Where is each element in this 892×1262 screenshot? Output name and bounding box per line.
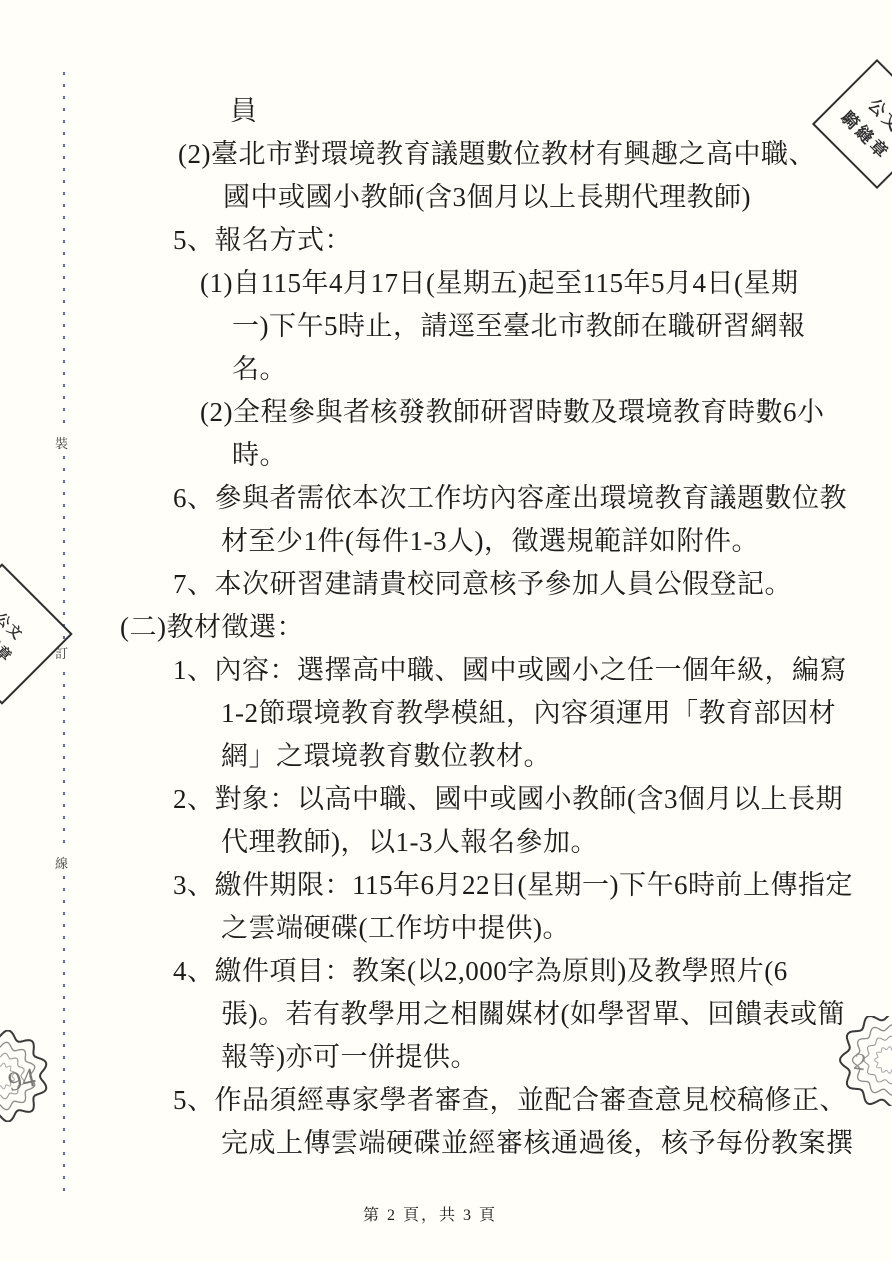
binding-dot bbox=[63, 528, 65, 531]
binding-line-char: 裝 bbox=[55, 437, 68, 450]
binding-dot bbox=[63, 612, 65, 615]
document-text-line: 1、內容：選擇高中職、國中或國小之任一個年級，編寫 bbox=[173, 657, 847, 684]
binding-dot bbox=[63, 924, 65, 927]
binding-dot bbox=[63, 1092, 65, 1095]
seal-contour bbox=[864, 1036, 892, 1084]
binding-dot bbox=[63, 264, 65, 267]
binding-dot bbox=[63, 600, 65, 603]
document-text-line: 2、對象：以高中職、國中或國小教師(含3個月以上長期 bbox=[173, 786, 843, 813]
binding-dot bbox=[63, 540, 65, 543]
seal-contour bbox=[875, 1047, 892, 1074]
binding-dot bbox=[63, 72, 65, 75]
binding-line-char: 訂 bbox=[55, 647, 68, 660]
binding-dot bbox=[63, 156, 65, 159]
binding-dot bbox=[63, 1056, 65, 1059]
binding-dot bbox=[63, 576, 65, 579]
binding-dot bbox=[63, 108, 65, 111]
binding-dot bbox=[63, 804, 65, 807]
binding-dot bbox=[63, 276, 65, 279]
binding-dot bbox=[63, 816, 65, 819]
binding-dot bbox=[63, 1188, 65, 1191]
embossed-seal-bottom-left: 94 bbox=[0, 1030, 60, 1122]
binding-dot bbox=[63, 948, 65, 951]
binding-dot bbox=[63, 168, 65, 171]
binding-dot bbox=[63, 972, 65, 975]
binding-dot bbox=[63, 1152, 65, 1155]
binding-dot bbox=[63, 936, 65, 939]
binding-line-char: 線 bbox=[55, 857, 68, 870]
binding-dot bbox=[63, 252, 65, 255]
seam-stamp-top-right: 公文 騎縫章 bbox=[812, 59, 892, 189]
binding-dot bbox=[63, 696, 65, 699]
document-text-line: 張)。若有教學用之相關媒材(如學習單、回饋表或簡 bbox=[221, 1001, 845, 1028]
binding-dot bbox=[63, 996, 65, 999]
document-text-line: 網」之環境教育數位教材。 bbox=[221, 743, 551, 770]
binding-dot bbox=[63, 228, 65, 231]
document-text-line: 員 bbox=[230, 98, 258, 125]
document-text-line: 5、報名方式： bbox=[173, 227, 352, 254]
binding-dot bbox=[63, 672, 65, 675]
binding-dot bbox=[63, 312, 65, 315]
binding-dot bbox=[63, 324, 65, 327]
seam-stamp-text: 公文 騎縫章 bbox=[0, 602, 34, 666]
binding-dot bbox=[63, 96, 65, 99]
binding-dot bbox=[63, 684, 65, 687]
binding-dot bbox=[63, 348, 65, 351]
binding-dot bbox=[63, 732, 65, 735]
document-text-line: 7、本次研習建請貴校同意核予參加人員公假登記。 bbox=[173, 571, 792, 598]
binding-dot bbox=[63, 960, 65, 963]
binding-dot bbox=[63, 984, 65, 987]
document-text-line: 3、繳件期限：115年6月22日(星期一)下午6時前上傳指定 bbox=[173, 872, 853, 899]
document-text-line: 一)下午5時止，請逕至臺北市教師在職研習網報 bbox=[232, 313, 806, 340]
binding-dot bbox=[63, 768, 65, 771]
binding-dot bbox=[63, 396, 65, 399]
binding-dot bbox=[63, 1176, 65, 1179]
binding-dot bbox=[63, 84, 65, 87]
binding-dot bbox=[63, 1008, 65, 1011]
embossed-seal-bottom-right: 2 bbox=[832, 1016, 892, 1106]
binding-dot bbox=[63, 1116, 65, 1119]
binding-dot bbox=[63, 192, 65, 195]
binding-dot bbox=[63, 720, 65, 723]
binding-dot bbox=[63, 552, 65, 555]
binding-dot bbox=[63, 468, 65, 471]
binding-dot bbox=[63, 240, 65, 243]
binding-dot bbox=[63, 480, 65, 483]
binding-dot bbox=[63, 564, 65, 567]
page-number-footer: 第 2 頁，共 3 頁 bbox=[0, 1202, 860, 1225]
binding-dot bbox=[63, 408, 65, 411]
binding-dot bbox=[63, 372, 65, 375]
binding-dot bbox=[63, 360, 65, 363]
binding-dot bbox=[63, 840, 65, 843]
document-text-line: 時。 bbox=[232, 442, 287, 469]
binding-dot bbox=[63, 1032, 65, 1035]
binding-dot bbox=[63, 1140, 65, 1143]
document-text-line: 材至少1件(每件1-3人)，徵選規範詳如附件。 bbox=[221, 528, 759, 555]
binding-dot bbox=[63, 492, 65, 495]
binding-dot bbox=[63, 792, 65, 795]
binding-dot bbox=[63, 384, 65, 387]
binding-dot bbox=[63, 900, 65, 903]
binding-dot bbox=[63, 588, 65, 591]
binding-dot bbox=[63, 456, 65, 459]
seal-number: 2 bbox=[852, 1049, 868, 1076]
binding-dot bbox=[63, 780, 65, 783]
document-text-line: 4、繳件項目：教案(以2,000字為原則)及教學照片(6 bbox=[173, 958, 788, 985]
document-text-line: (1)自115年4月17日(星期五)起至115年5月4日(星期 bbox=[200, 270, 798, 297]
document-text-line: (2)臺北市對環境教育議題數位教材有興趣之高中職、 bbox=[178, 141, 816, 168]
document-text-line: (2)全程參與者核發教師研習時數及環境教育時數6小 bbox=[200, 399, 824, 426]
binding-dot bbox=[63, 708, 65, 711]
binding-dot bbox=[63, 132, 65, 135]
binding-dot bbox=[63, 1164, 65, 1167]
binding-dot bbox=[63, 120, 65, 123]
seam-stamp-text: 公文 騎縫章 bbox=[837, 84, 892, 164]
binding-dot bbox=[63, 888, 65, 891]
binding-dot bbox=[63, 756, 65, 759]
binding-dot bbox=[63, 336, 65, 339]
binding-dot bbox=[63, 504, 65, 507]
seal-number: 94 bbox=[5, 1062, 38, 1097]
document-text-line: 1-2節環境教育教學模組，內容須運用「教育部因材 bbox=[221, 700, 836, 727]
binding-dot bbox=[63, 1080, 65, 1083]
binding-dot bbox=[63, 144, 65, 147]
binding-dot bbox=[63, 420, 65, 423]
document-text-line: 6、參與者需依本次工作坊內容產出環境教育議題數位教 bbox=[173, 485, 847, 512]
binding-dot bbox=[63, 516, 65, 519]
binding-dot bbox=[63, 1068, 65, 1071]
binding-dot bbox=[63, 180, 65, 183]
binding-dot bbox=[63, 1104, 65, 1107]
document-page: 員(2)臺北市對環境教育議題數位教材有興趣之高中職、國中或國小教師(含3個月以上… bbox=[0, 0, 892, 1262]
binding-dot bbox=[63, 300, 65, 303]
binding-dot bbox=[63, 204, 65, 207]
seam-stamp-left: 公文 騎縫章 bbox=[0, 563, 73, 704]
document-text-line: 國中或國小教師(含3個月以上長期代理教師) bbox=[223, 184, 751, 211]
binding-dot bbox=[63, 288, 65, 291]
binding-dot bbox=[63, 912, 65, 915]
binding-dot bbox=[63, 1044, 65, 1047]
binding-dot bbox=[63, 1020, 65, 1023]
binding-dot bbox=[63, 1128, 65, 1131]
document-text-line: (二)教材徵選： bbox=[120, 614, 304, 641]
document-text-line: 之雲端硬碟(工作坊中提供)。 bbox=[221, 915, 570, 942]
binding-dot bbox=[63, 876, 65, 879]
binding-dot bbox=[63, 744, 65, 747]
document-text-line: 代理教師)，以1-3人報名參加。 bbox=[221, 829, 598, 856]
document-text-line: 名。 bbox=[232, 356, 287, 383]
document-text-line: 報等)亦可一併提供。 bbox=[221, 1044, 478, 1071]
binding-dot bbox=[63, 828, 65, 831]
binding-dot bbox=[63, 216, 65, 219]
document-text-line: 5、作品須經專家學者審查，並配合審查意見校稿修正、 bbox=[173, 1087, 847, 1114]
document-text-line: 完成上傳雲端硬碟並經審核通過後，核予每份教案撰 bbox=[221, 1130, 854, 1157]
